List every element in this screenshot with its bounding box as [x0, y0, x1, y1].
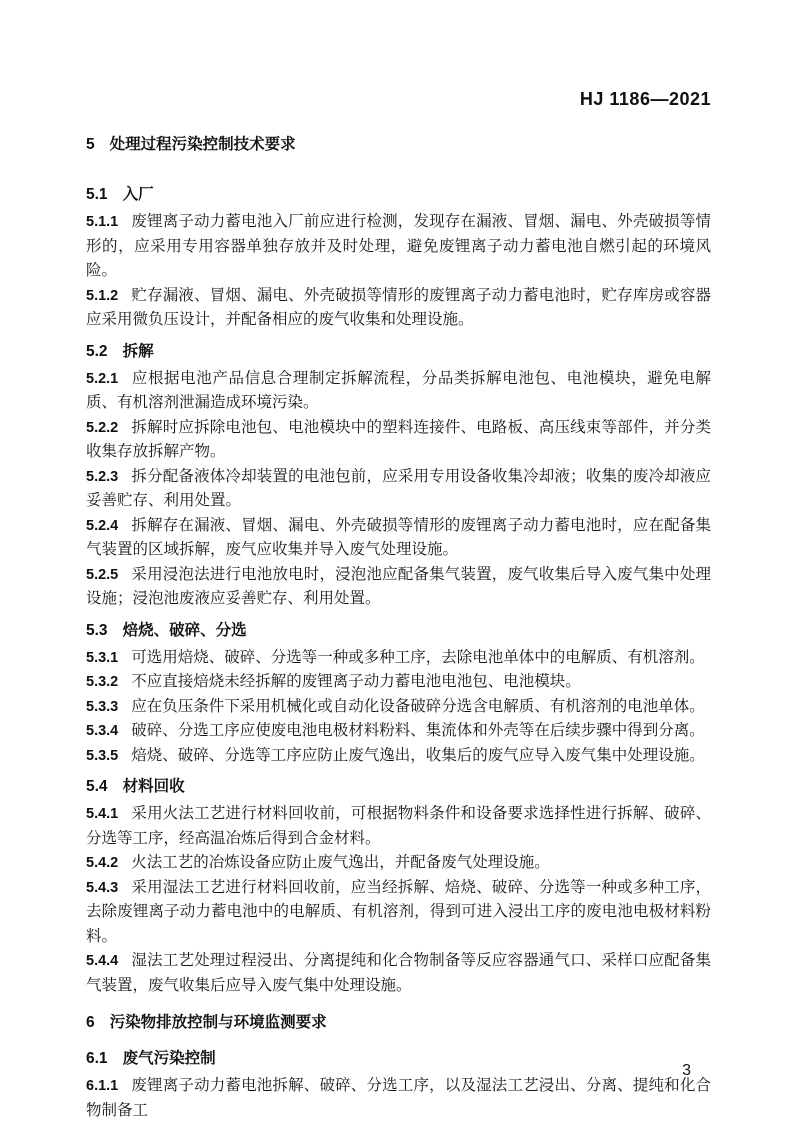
section-5-4: 5.4材料回收 — [86, 776, 711, 798]
clause-5-3-5: 5.3.5焙烧、破碎、分选等工序应防止废气逸出，收集后的废气应导入废气集中处理设… — [86, 744, 711, 769]
standard-number-header: HJ 1186—2021 — [86, 88, 711, 110]
section-5-3: 5.3焙烧、破碎、分选 — [86, 620, 711, 642]
clause-5-1-1: 5.1.1废锂离子动力蓄电池入厂前应进行检测，发现存在漏液、冒烟、漏电、外壳破损… — [86, 210, 711, 284]
clause-text: 贮存漏液、冒烟、漏电、外壳破损等情形的废锂离子动力蓄电池时，贮存库房或容器应采用… — [86, 287, 711, 329]
clause-5-2-2: 5.2.2拆解时应拆除电池包、电池模块中的塑料连接件、电路板、高压线束等部件，并… — [86, 416, 711, 465]
clause-text: 废锂离子动力蓄电池入厂前应进行检测，发现存在漏液、冒烟、漏电、外壳破损等情形的，… — [86, 213, 711, 279]
clause-number: 5.1.2 — [86, 288, 118, 304]
clause-number: 5.3.2 — [86, 674, 118, 690]
chapter-5: 5处理过程污染控制技术要求 — [86, 134, 711, 156]
clause-text: 采用浸泡法进行电池放电时，浸泡池应配备集气装置，废气收集后导入废气集中处理设施；… — [86, 566, 711, 608]
clause-5-4-3: 5.4.3采用湿法工艺进行材料回收前，应当经拆解、焙烧、破碎、分选等一种或多种工… — [86, 876, 711, 950]
clause-5-4-1: 5.4.1采用火法工艺进行材料回收前，可根据物料条件和设备要求选择性进行拆解、破… — [86, 802, 711, 851]
clause-number: 5.2.2 — [86, 420, 118, 436]
heading-title: 处理过程污染控制技术要求 — [110, 136, 296, 153]
clause-5-4-4: 5.4.4湿法工艺处理过程浸出、分离提纯和化合物制备等反应容器通气口、采样口应配… — [86, 949, 711, 998]
heading-number: 6 — [86, 1012, 95, 1034]
heading-title: 入厂 — [123, 186, 154, 203]
section-6-1: 6.1废气污染控制 — [86, 1048, 711, 1070]
clause-number: 5.3.1 — [86, 650, 118, 666]
clause-text: 不应直接焙烧未经拆解的废锂离子动力蓄电池电池包、电池模块。 — [131, 673, 581, 690]
clause-number: 5.4.1 — [86, 806, 118, 822]
clause-5-3-4: 5.3.4破碎、分选工序应使废电池电极材料粉料、集流体和外壳等在后续步骤中得到分… — [86, 719, 711, 744]
clause-number: 5.4.4 — [86, 953, 118, 969]
heading-number: 5.4 — [86, 776, 108, 798]
document-body: 5处理过程污染控制技术要求5.1入厂5.1.1废锂离子动力蓄电池入厂前应进行检测… — [86, 134, 711, 1122]
clause-6-1-1: 6.1.1废锂离子动力蓄电池拆解、破碎、分选工序，以及湿法工艺浸出、分离、提纯和… — [86, 1074, 711, 1122]
clause-text: 破碎、分选工序应使废电池电极材料粉料、集流体和外壳等在后续步骤中得到分离。 — [131, 722, 705, 739]
clause-5-1-2: 5.1.2贮存漏液、冒烟、漏电、外壳破损等情形的废锂离子动力蓄电池时，贮存库房或… — [86, 284, 711, 333]
clause-number: 5.2.1 — [86, 371, 118, 387]
page-number: 3 — [682, 1062, 691, 1080]
clause-number: 5.2.3 — [86, 469, 118, 485]
document-page: HJ 1186—2021 5处理过程污染控制技术要求5.1入厂5.1.1废锂离子… — [0, 0, 793, 1122]
clause-5-4-2: 5.4.2火法工艺的冶炼设备应防止废气逸出，并配备废气处理设施。 — [86, 851, 711, 876]
clause-text: 应根据电池产品信息合理制定拆解流程，分品类拆解电池包、电池模块，避免电解质、有机… — [86, 370, 711, 412]
clause-text: 应在负压条件下采用机械化或自动化设备破碎分选含电解质、有机溶剂的电池单体。 — [131, 698, 705, 715]
section-5-2: 5.2拆解 — [86, 341, 711, 363]
heading-title: 材料回收 — [123, 778, 185, 795]
clause-number: 5.3.4 — [86, 723, 118, 739]
clause-text: 火法工艺的冶炼设备应防止废气逸出，并配备废气处理设施。 — [131, 854, 550, 871]
chapter-6: 6污染物排放控制与环境监测要求 — [86, 1012, 711, 1034]
clause-number: 5.3.5 — [86, 748, 118, 764]
clause-number: 6.1.1 — [86, 1078, 118, 1094]
clause-5-2-5: 5.2.5采用浸泡法进行电池放电时，浸泡池应配备集气装置，废气收集后导入废气集中… — [86, 563, 711, 612]
clause-number: 5.4.3 — [86, 880, 118, 896]
clause-number: 5.4.2 — [86, 855, 118, 871]
clause-number: 5.1.1 — [86, 214, 118, 230]
clause-text: 湿法工艺处理过程浸出、分离提纯和化合物制备等反应容器通气口、采样口应配备集气装置… — [86, 952, 711, 994]
clause-text: 焙烧、破碎、分选等工序应防止废气逸出，收集后的废气应导入废气集中处理设施。 — [131, 747, 705, 764]
clause-5-3-3: 5.3.3应在负压条件下采用机械化或自动化设备破碎分选含电解质、有机溶剂的电池单… — [86, 695, 711, 720]
clause-text: 采用火法工艺进行材料回收前，可根据物料条件和设备要求选择性进行拆解、破碎、分选等… — [86, 805, 711, 847]
clause-text: 废锂离子动力蓄电池拆解、破碎、分选工序，以及湿法工艺浸出、分离、提纯和化合物制备… — [86, 1077, 711, 1119]
heading-title: 拆解 — [123, 343, 154, 360]
page-content: HJ 1186—2021 5处理过程污染控制技术要求5.1入厂5.1.1废锂离子… — [86, 0, 711, 1122]
heading-title: 污染物排放控制与环境监测要求 — [110, 1014, 327, 1031]
clause-5-2-1: 5.2.1应根据电池产品信息合理制定拆解流程，分品类拆解电池包、电池模块，避免电… — [86, 367, 711, 416]
clause-text: 拆解存在漏液、冒烟、漏电、外壳破损等情形的废锂离子动力蓄电池时，应在配备集气装置… — [86, 517, 711, 559]
heading-number: 5.3 — [86, 620, 108, 642]
heading-title: 废气污染控制 — [123, 1050, 216, 1067]
clause-number: 5.3.3 — [86, 699, 118, 715]
clause-5-2-3: 5.2.3拆分配备液体冷却装置的电池包前，应采用专用设备收集冷却液；收集的废冷却… — [86, 465, 711, 514]
heading-number: 6.1 — [86, 1048, 108, 1070]
clause-5-3-1: 5.3.1可选用焙烧、破碎、分选等一种或多种工序，去除电池单体中的电解质、有机溶… — [86, 646, 711, 671]
heading-number: 5.2 — [86, 341, 108, 363]
clause-number: 5.2.5 — [86, 567, 118, 583]
clause-text: 拆分配备液体冷却装置的电池包前，应采用专用设备收集冷却液；收集的废冷却液应妥善贮… — [86, 468, 711, 510]
clause-5-3-2: 5.3.2不应直接焙烧未经拆解的废锂离子动力蓄电池电池包、电池模块。 — [86, 670, 711, 695]
clause-5-2-4: 5.2.4拆解存在漏液、冒烟、漏电、外壳破损等情形的废锂离子动力蓄电池时，应在配… — [86, 514, 711, 563]
clause-number: 5.2.4 — [86, 518, 118, 534]
heading-number: 5 — [86, 134, 95, 156]
clause-text: 拆解时应拆除电池包、电池模块中的塑料连接件、电路板、高压线束等部件，并分类收集存… — [86, 419, 711, 461]
clause-text: 采用湿法工艺进行材料回收前，应当经拆解、焙烧、破碎、分选等一种或多种工序，去除废… — [86, 879, 711, 945]
heading-title: 焙烧、破碎、分选 — [123, 622, 247, 639]
heading-number: 5.1 — [86, 184, 108, 206]
section-5-1: 5.1入厂 — [86, 184, 711, 206]
clause-text: 可选用焙烧、破碎、分选等一种或多种工序，去除电池单体中的电解质、有机溶剂。 — [131, 649, 705, 666]
